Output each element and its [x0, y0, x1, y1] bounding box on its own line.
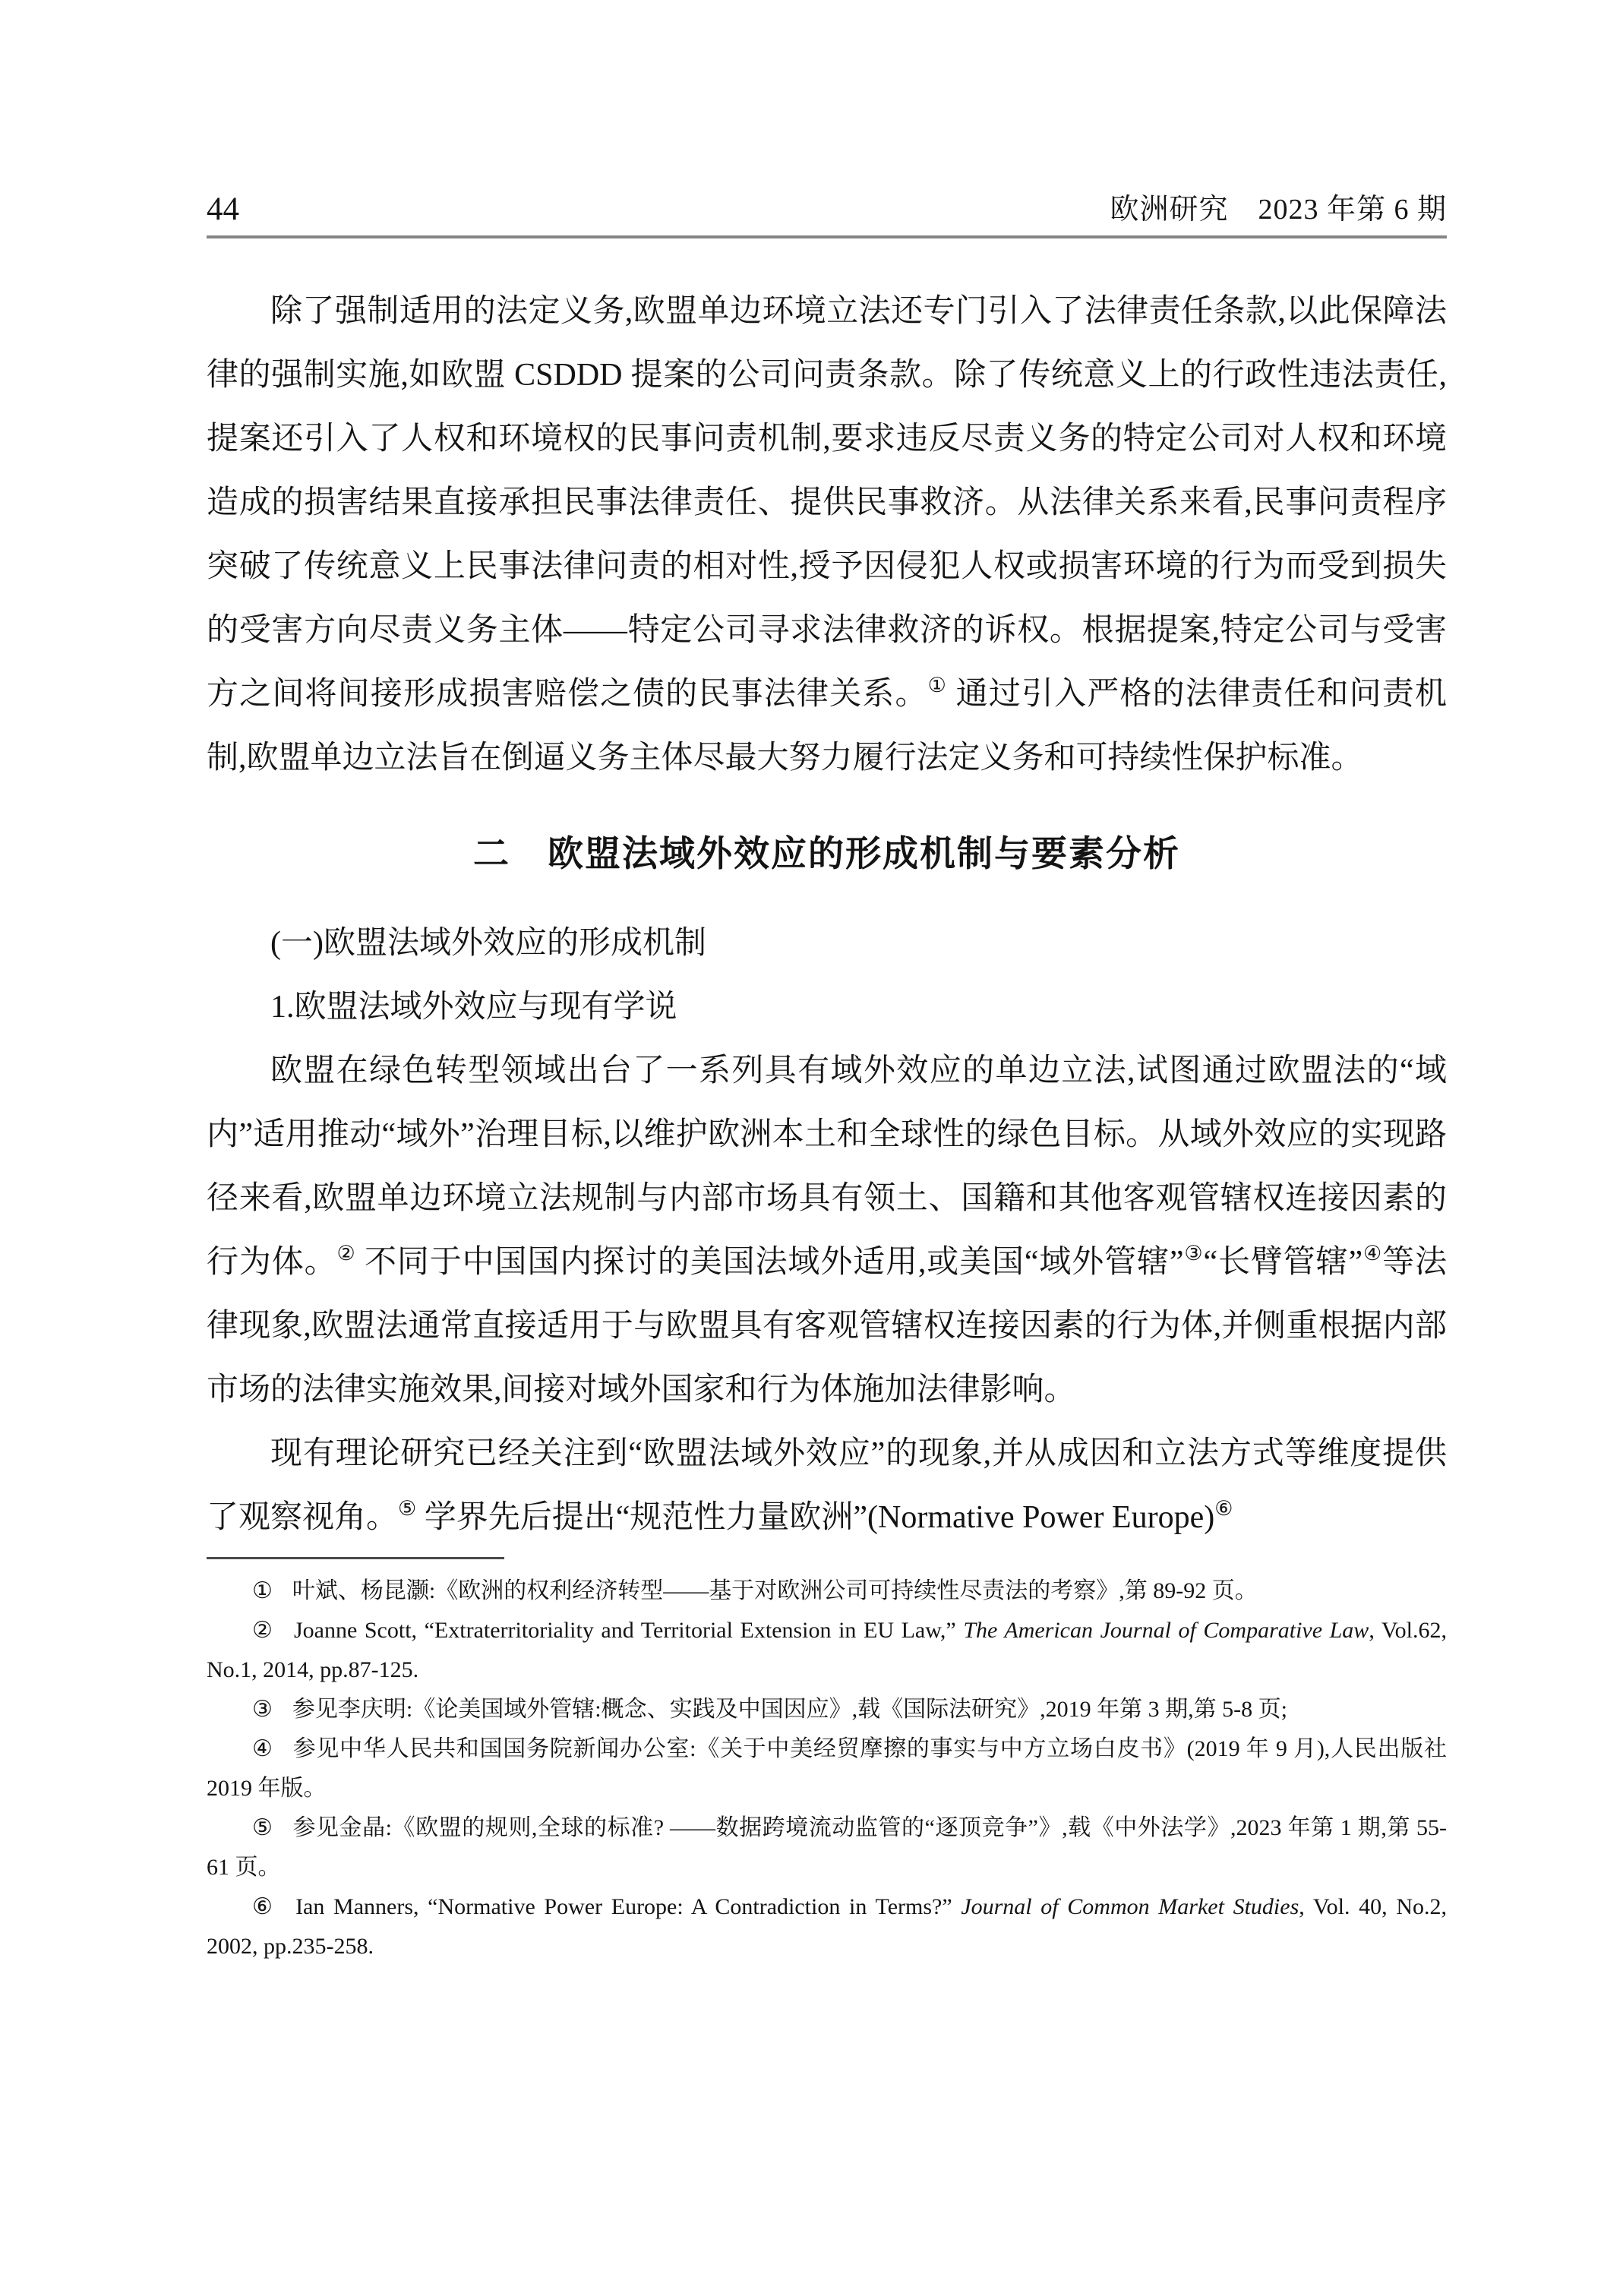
paragraph-2-text-cont2: “长臂管辖” — [1203, 1245, 1362, 1280]
page-content: 44 欧洲研究 2023 年第 6 期 除了强制适用的法定义务,欧盟单边环境立法… — [207, 0, 1447, 1966]
section-heading: 二 欧盟法域外效应的形成机制与要素分析 — [207, 829, 1447, 878]
footnote-5-text: 参见金晶:《欧盟的规则,全球的标准? ——数据跨境流动监管的“逐顶竞争”》,载《… — [207, 1815, 1447, 1880]
footnote-4: ④参见中华人民共和国国务院新闻办公室:《关于中美经贸摩擦的事实与中方立场白皮书》… — [207, 1729, 1447, 1808]
paragraph-3: 现有理论研究已经关注到“欧盟法域外效应”的现象,并从成因和立法方式等维度提供了观… — [207, 1422, 1447, 1549]
numbered-subheading: 1.欧盟法域外效应与现有学说 — [207, 975, 1447, 1039]
footnote-6-journal-title: Journal of Common Market Studies — [961, 1894, 1299, 1919]
footnote-5-marker: ⑤ — [252, 1815, 273, 1840]
paragraph-2-text-cont: 不同于中国国内探讨的美国法域外适用,或美国“域外管辖” — [356, 1245, 1184, 1280]
footnote-ref-4: ④ — [1362, 1242, 1382, 1265]
document-page: 44 欧洲研究 2023 年第 6 期 除了强制适用的法定义务,欧盟单边环境立法… — [0, 0, 1623, 2296]
article-body: 除了强制适用的法定义务,欧盟单边环境立法还专门引入了法律责任条款,以此保障法律的… — [207, 279, 1447, 1549]
footnote-3-marker: ③ — [252, 1697, 273, 1722]
paragraph-1: 除了强制适用的法定义务,欧盟单边环境立法还专门引入了法律责任条款,以此保障法律的… — [207, 279, 1447, 790]
paragraph-1-text: 除了强制适用的法定义务,欧盟单边环境立法还专门引入了法律责任条款,以此保障法律的… — [207, 294, 1447, 712]
footnote-separator — [207, 1557, 504, 1559]
footnote-6-text: Ian Manners, “Normative Power Europe: A … — [295, 1894, 961, 1919]
paragraph-3-text-cont: 学界先后提出“规范性力量欧洲”(Normative Power Europe) — [416, 1500, 1214, 1535]
footnote-ref-3: ③ — [1183, 1242, 1203, 1265]
footnote-ref-1: ① — [928, 674, 947, 696]
footnote-5: ⑤参见金晶:《欧盟的规则,全球的标准? ——数据跨境流动监管的“逐顶竞争”》,载… — [207, 1808, 1447, 1887]
footnote-2-text: Joanne Scott, “Extraterritoriality and T… — [294, 1618, 963, 1643]
footnote-ref-2: ② — [337, 1242, 356, 1265]
footnote-4-marker: ④ — [252, 1736, 273, 1761]
page-number: 44 — [207, 191, 239, 228]
footnote-1-marker: ① — [252, 1578, 273, 1603]
footnote-ref-6: ⑥ — [1214, 1497, 1233, 1520]
footnote-4-text: 参见中华人民共和国国务院新闻办公室:《关于中美经贸摩擦的事实与中方立场白皮书》(… — [207, 1736, 1447, 1801]
footnote-2: ②Joanne Scott, “Extraterritoriality and … — [207, 1611, 1447, 1690]
journal-issue-label: 欧洲研究 2023 年第 6 期 — [1110, 191, 1447, 228]
footnote-6-marker: ⑥ — [252, 1894, 276, 1919]
footnotes-section: ①叶斌、杨昆灏:《欧洲的权利经济转型——基于对欧洲公司可持续性尽责法的考察》,第… — [207, 1557, 1447, 1966]
paragraph-2: 欧盟在绿色转型领域出台了一系列具有域外效应的单边立法,试图通过欧盟法的“域内”适… — [207, 1039, 1447, 1422]
page-header: 44 欧洲研究 2023 年第 6 期 — [207, 0, 1447, 228]
footnote-6: ⑥Ian Manners, “Normative Power Europe: A… — [207, 1887, 1447, 1966]
footnote-1-text: 叶斌、杨昆灏:《欧洲的权利经济转型——基于对欧洲公司可持续性尽责法的考察》,第 … — [292, 1578, 1258, 1603]
footnote-3-text: 参见李庆明:《论美国域外管辖:概念、实践及中国因应》,载《国际法研究》,2019… — [292, 1697, 1287, 1722]
footnote-2-journal-title: The American Journal of Comparative Law — [963, 1618, 1369, 1643]
footnote-2-marker: ② — [252, 1618, 274, 1643]
footnote-1: ①叶斌、杨昆灏:《欧洲的权利经济转型——基于对欧洲公司可持续性尽责法的考察》,第… — [207, 1571, 1447, 1611]
footnote-3: ③参见李庆明:《论美国域外管辖:概念、实践及中国因应》,载《国际法研究》,201… — [207, 1690, 1447, 1729]
footnote-ref-5: ⑤ — [398, 1497, 416, 1520]
subsection-heading: (一)欧盟法域外效应的形成机制 — [207, 911, 1447, 975]
header-rule — [207, 235, 1447, 238]
